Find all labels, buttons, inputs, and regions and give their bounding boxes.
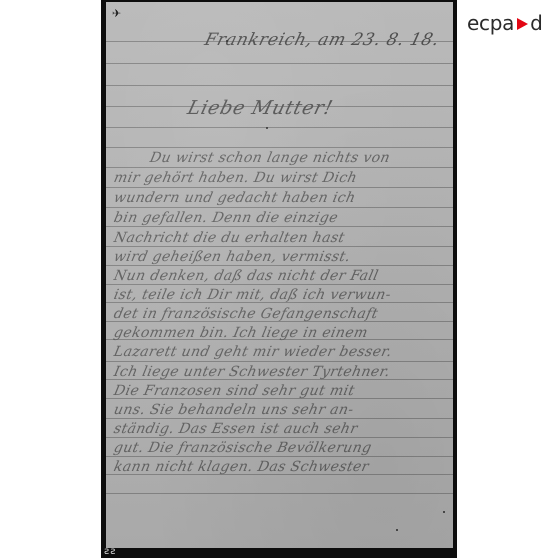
letter-line: uns. Sie behandeln uns sehr an- — [112, 401, 449, 419]
letter-line: wird geheißen haben, vermisst. — [112, 248, 449, 266]
ruled-line — [106, 63, 453, 64]
letter-line: mir gehört haben. Du wirst Dich — [112, 169, 449, 187]
letter-line: bin gefallen. Denn die einzige — [112, 209, 449, 227]
paper-speck — [443, 511, 445, 513]
ruled-line — [106, 127, 453, 128]
letter-line: ständig. Das Essen ist auch sehr — [112, 420, 449, 438]
ruled-line — [106, 493, 453, 494]
ecpad-logo: ecpa d — [467, 11, 542, 35]
ruled-line — [106, 361, 453, 362]
letter-date: Frankreich, am 23. 8. 18. — [203, 30, 442, 50]
photo-frame: ✈ Frankreich, am 23. 8. 18. Liebe Mutter… — [101, 0, 457, 558]
letter-line: Du wirst schon lange nichts von — [148, 149, 449, 167]
letter-line: ist, teile ich Dir mit, daß ich verwun- — [112, 286, 449, 304]
logo-text-right: d — [530, 11, 542, 35]
ruled-line — [106, 187, 453, 188]
letter-line: gut. Die französische Bevölkerung — [112, 439, 449, 457]
paper-speck — [396, 529, 398, 531]
letter-line: wundern und gedacht haben ich — [112, 189, 449, 207]
letter-line: Die Franzosen sind sehr gut mit — [112, 382, 449, 400]
logo-text-left: ecpa — [467, 11, 514, 35]
ruled-line — [106, 167, 453, 168]
letter-line: Ich liege unter Schwester Tyrtehner. — [112, 363, 449, 381]
letter-line: gekommen bin. Ich liege in einem — [112, 324, 449, 342]
letter-greeting: Liebe Mutter! — [185, 97, 335, 119]
letter-line: Nun denken, daß das nicht der Fall — [112, 267, 449, 285]
ruled-line — [106, 147, 453, 148]
play-triangle-icon — [517, 18, 528, 30]
film-edge-marks: ƨƨ — [104, 546, 116, 557]
letter-line: Nachricht die du erhalten hast — [112, 229, 449, 247]
ruled-line — [106, 85, 453, 86]
letter-paper: ✈ Frankreich, am 23. 8. 18. Liebe Mutter… — [106, 2, 453, 548]
letter-line: Lazarett und geht mir wieder besser. — [112, 343, 449, 361]
paper-speck — [266, 127, 268, 129]
paper-speck — [226, 40, 228, 42]
corner-mark-icon: ✈ — [112, 11, 122, 17]
letter-line: kann nicht klagen. Das Schwester — [112, 458, 449, 476]
ruled-line — [106, 207, 453, 208]
letter-line: det in französische Gefangenschaft — [112, 305, 449, 323]
